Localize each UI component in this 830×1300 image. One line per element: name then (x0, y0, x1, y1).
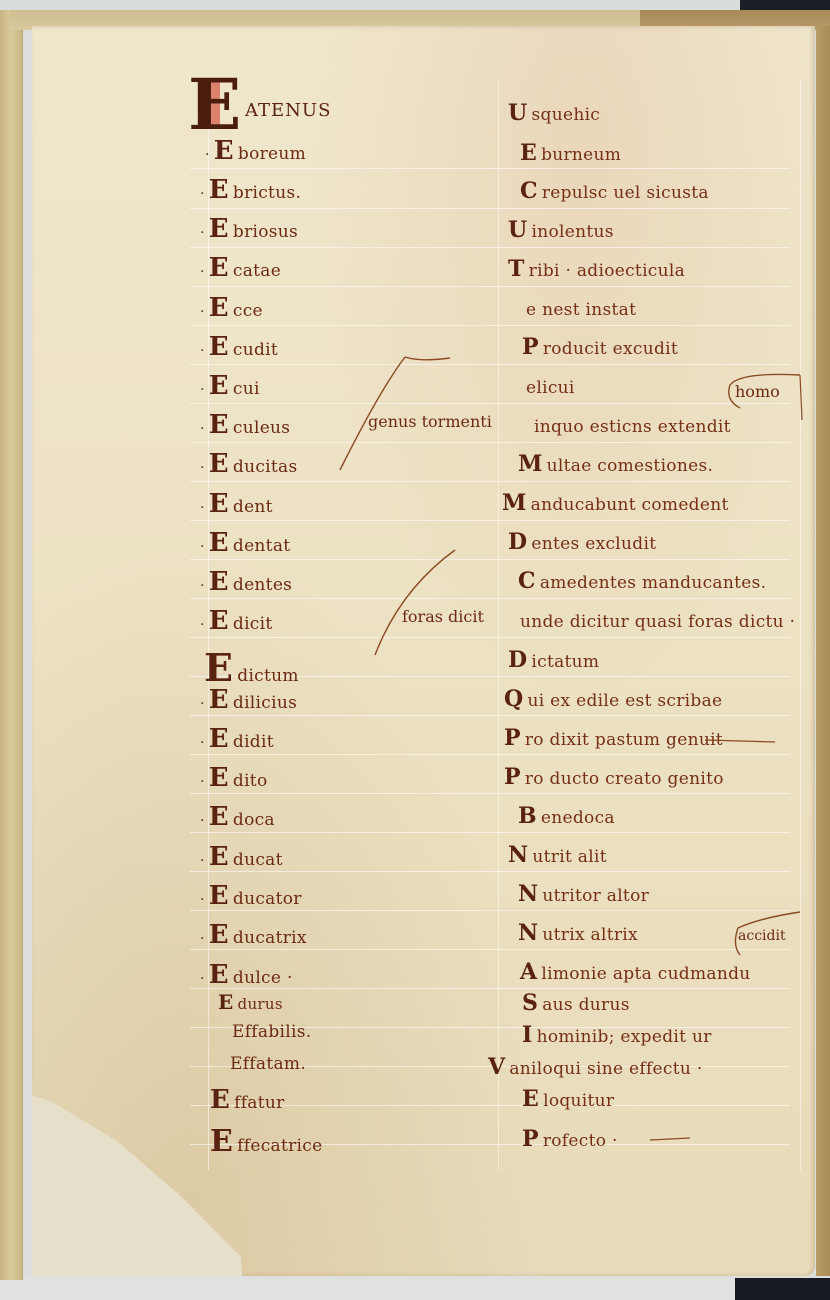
lemma-entry: Effecatrice (210, 1124, 322, 1159)
margin-note-homo: homo (735, 382, 780, 401)
lemma-entry: Effabilis. (232, 1022, 311, 1042)
margin-note-genus-tormenti: genus tormenti (368, 412, 492, 431)
lemma-entry: ·Edoca (200, 802, 275, 832)
lemma-entry-initial: Edictum (200, 645, 299, 690)
lemma-entry: Effatur (210, 1085, 285, 1115)
lemma-entry: ·Edentes (200, 567, 292, 597)
gloss-entry: inquo esticns extendit (530, 412, 731, 438)
gloss-entry: Eburneum (520, 140, 621, 166)
lemma-entry: ·Ebriosus (200, 214, 298, 244)
gloss-entry: Eloquitur (522, 1086, 614, 1112)
gloss-entry: Nutrit alit (508, 842, 607, 868)
lemma-entry: ·Edulce · (200, 960, 293, 990)
gloss-entry: Nutrix altrix (518, 920, 638, 946)
lemma-entry: ·Edent (200, 489, 273, 519)
gloss-entry: Camedentes manducantes. (518, 568, 766, 594)
gloss-entry: Pro ducto creato genito (504, 764, 724, 790)
lemma-entry: ·Edentat (200, 528, 290, 558)
scan-background-dark-corner-bottom (735, 1278, 830, 1300)
gloss-entry: Dentes excludit (508, 529, 656, 555)
lemma-entry: ·Ecui (200, 371, 260, 401)
decorated-initial-e: E (188, 72, 244, 138)
lemma-entry: ·Edidit (200, 724, 274, 754)
scan-background-bottom (0, 1278, 830, 1300)
lemma-entry: ·Ecudit (200, 332, 278, 362)
gloss-entry: Benedoca (518, 803, 615, 829)
gloss-entry: Dictatum (508, 647, 599, 673)
lemma-entry: ·Educitas (200, 449, 297, 479)
gloss-entry: Saus durus (522, 990, 630, 1016)
binding-left-edge (0, 10, 23, 1280)
lemma-entry: ·Eboreum (205, 136, 306, 166)
lemma-entry: ·Educat (200, 842, 283, 872)
margin-note-foras-dicit: foras dicit (402, 607, 484, 626)
gloss-entry: Uinolentus (508, 217, 614, 243)
gloss-entry: Multae comestiones. (518, 451, 713, 477)
gloss-entry: Ihominib; expedit ur (522, 1022, 712, 1048)
lemma-entry: ·Edicit (200, 606, 273, 636)
lemma-entry: ·Ecce (200, 293, 263, 323)
gloss-entry: Pro dixit pastum genuit (504, 725, 723, 751)
lemma-entry: ·Educator (200, 881, 302, 911)
gloss-entry: Tribi · adioecticula (508, 256, 685, 282)
gloss-entry: Profecto · (522, 1126, 618, 1152)
lemma-entry: Effatam. (230, 1054, 306, 1074)
first-lemma-word: ATENUS (245, 100, 331, 121)
gloss-entry: unde dicitur quasi foras dictu · (516, 607, 795, 633)
gloss-entry: Nutritor altor (518, 881, 649, 907)
gloss-entry: Alimonie apta cudmandu (520, 959, 751, 985)
gloss-entry: Crepulsc uel sicusta (520, 178, 709, 204)
lemma-entry: ·Ebrictus. (200, 175, 301, 205)
gloss-entry: elicui (522, 373, 575, 399)
lemma-entry: Edurus (218, 990, 283, 1014)
lemma-entry: ·Educatrix (200, 920, 307, 950)
lemma-entry: ·Edilicius (200, 685, 297, 715)
gloss-entry: e nest instat (522, 295, 636, 321)
gloss-entry: Producit excudit (522, 334, 678, 360)
gloss-entry: Vaniloqui sine effectu · (488, 1054, 703, 1080)
lemma-entry: ·Edito (200, 763, 267, 793)
gloss-entry: Qui ex edile est scribae (504, 686, 722, 712)
lemma-entry: ·Ecatae (200, 253, 281, 283)
cover-right-edge (816, 26, 830, 1276)
margin-note-accidit: accidit (738, 928, 786, 944)
gloss-entry: Manducabunt comedent (502, 490, 729, 516)
gloss-entry: Usquehic (508, 100, 600, 126)
lemma-entry: ·Eculeus (200, 410, 290, 440)
manuscript-page (32, 26, 815, 1276)
